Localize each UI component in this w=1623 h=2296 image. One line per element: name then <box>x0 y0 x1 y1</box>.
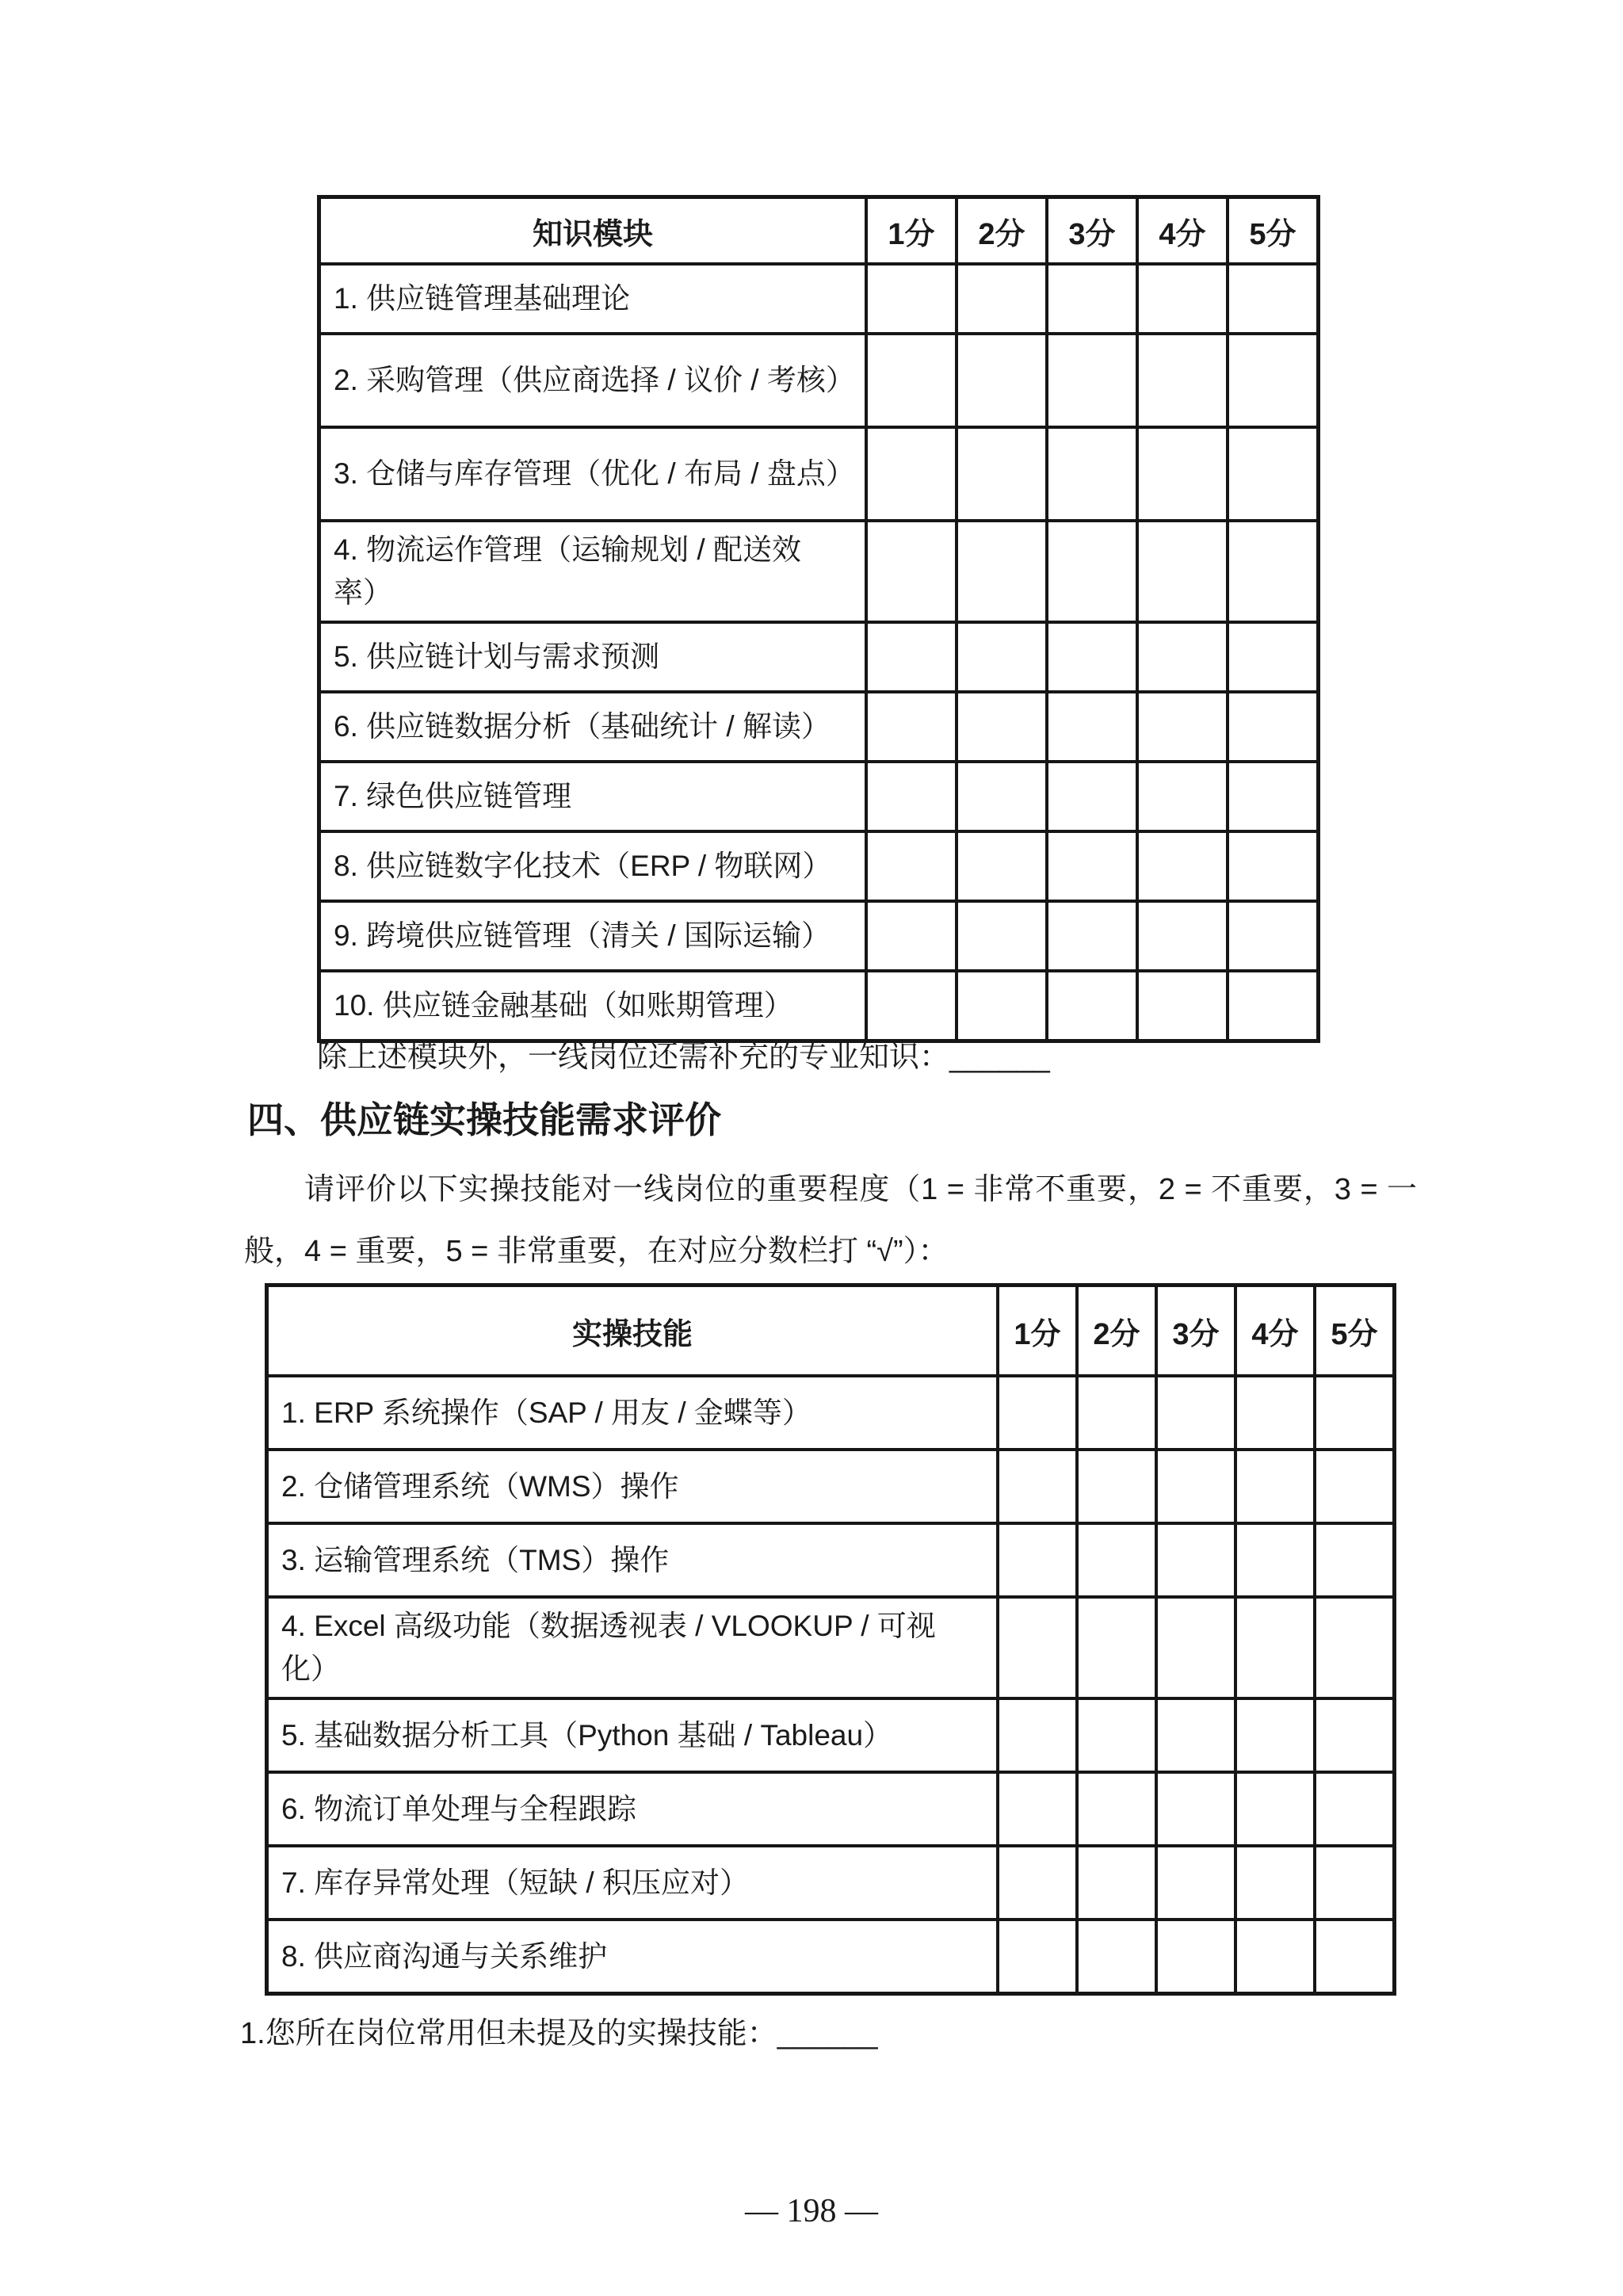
skills-open-question: 1.您所在岗位常用但未提及的实操技能：______ <box>240 2011 878 2056</box>
score-cell <box>866 521 957 622</box>
score-cell <box>1315 1597 1394 1698</box>
column-header-score-2: 2分 <box>1077 1286 1156 1376</box>
column-header-practical-skill: 实操技能 <box>267 1286 998 1376</box>
column-header-score-4: 4分 <box>1235 1286 1315 1376</box>
score-cell <box>1137 521 1228 622</box>
table-row: 9. 跨境供应链管理（清关 / 国际运输） <box>319 901 1318 971</box>
score-cell <box>1228 971 1318 1041</box>
row-label: 7. 绿色供应链管理 <box>319 762 866 831</box>
table-row: 8. 供应链数字化技术（ERP / 物联网） <box>319 831 1318 901</box>
score-cell <box>1047 831 1137 901</box>
score-cell <box>1235 1597 1315 1698</box>
score-cell <box>1235 1772 1315 1846</box>
knowledge-supplement-note: 除上述模块外，一线岗位还需补充的专业知识：______ <box>317 1035 1050 1079</box>
row-label: 5. 供应链计划与需求预测 <box>319 622 866 692</box>
score-cell <box>1047 334 1137 427</box>
score-cell <box>1315 1920 1394 1993</box>
score-cell <box>957 762 1047 831</box>
score-cell <box>957 901 1047 971</box>
score-cell <box>1228 264 1318 334</box>
score-cell <box>957 622 1047 692</box>
score-cell <box>957 831 1047 901</box>
column-header-score-5: 5分 <box>1315 1286 1394 1376</box>
score-cell <box>957 334 1047 427</box>
table-row: 1. ERP 系统操作（SAP / 用友 / 金蝶等） <box>267 1376 1394 1450</box>
score-cell <box>1047 622 1137 692</box>
score-cell <box>1047 901 1137 971</box>
score-cell <box>866 427 957 521</box>
score-cell <box>866 334 957 427</box>
score-cell <box>1315 1523 1394 1597</box>
table-row: 4. 物流运作管理（运输规划 / 配送效率） <box>319 521 1318 622</box>
score-cell <box>1228 692 1318 762</box>
row-label: 8. 供应链数字化技术（ERP / 物联网） <box>319 831 866 901</box>
score-cell <box>1315 1376 1394 1450</box>
score-cell <box>866 831 957 901</box>
row-label: 7. 库存异常处理（短缺 / 积压应对） <box>267 1846 998 1920</box>
score-cell <box>1137 762 1228 831</box>
score-cell <box>1228 762 1318 831</box>
table-row: 6. 供应链数据分析（基础统计 / 解读） <box>319 692 1318 762</box>
score-cell <box>1137 901 1228 971</box>
score-cell <box>1047 427 1137 521</box>
score-cell <box>866 264 957 334</box>
score-cell <box>1047 971 1137 1041</box>
column-header-score-3: 3分 <box>1156 1286 1235 1376</box>
score-cell <box>1137 427 1228 521</box>
score-cell <box>866 762 957 831</box>
score-cell <box>957 971 1047 1041</box>
score-cell <box>1156 1450 1235 1523</box>
score-cell <box>1156 1597 1235 1698</box>
score-cell <box>1235 1376 1315 1450</box>
score-cell <box>998 1920 1077 1993</box>
row-label: 2. 采购管理（供应商选择 / 议价 / 考核） <box>319 334 866 427</box>
row-label: 1. 供应链管理基础理论 <box>319 264 866 334</box>
score-cell <box>957 692 1047 762</box>
score-cell <box>1315 1846 1394 1920</box>
score-cell <box>998 1376 1077 1450</box>
score-cell <box>1315 1772 1394 1846</box>
score-cell <box>1156 1376 1235 1450</box>
score-cell <box>1156 1772 1235 1846</box>
score-cell <box>957 264 1047 334</box>
score-cell <box>1235 1698 1315 1772</box>
column-header-knowledge-module: 知识模块 <box>319 197 866 264</box>
score-cell <box>1077 1450 1156 1523</box>
score-cell <box>998 1597 1077 1698</box>
score-cell <box>1137 831 1228 901</box>
table-row: 3. 运输管理系统（TMS）操作 <box>267 1523 1394 1597</box>
score-cell <box>1228 521 1318 622</box>
score-cell <box>1156 1523 1235 1597</box>
table-row: 5. 基础数据分析工具（Python 基础 / Tableau） <box>267 1698 1394 1772</box>
table-row: 10. 供应链金融基础（如账期管理） <box>319 971 1318 1041</box>
row-label: 5. 基础数据分析工具（Python 基础 / Tableau） <box>267 1698 998 1772</box>
score-cell <box>1077 1772 1156 1846</box>
practical-skills-table: 实操技能 1分 2分 3分 4分 5分 1. ERP 系统操作（SAP / 用友… <box>265 1283 1396 1996</box>
score-cell <box>1077 1920 1156 1993</box>
score-cell <box>1228 901 1318 971</box>
row-label: 4. Excel 高级功能（数据透视表 / VLOOKUP / 可视化） <box>267 1597 998 1698</box>
table-row: 6. 物流订单处理与全程跟踪 <box>267 1772 1394 1846</box>
score-cell <box>957 427 1047 521</box>
table-header-row: 知识模块 1分 2分 3分 4分 5分 <box>319 197 1318 264</box>
score-cell <box>1235 1846 1315 1920</box>
score-cell <box>1077 1846 1156 1920</box>
score-cell <box>1228 334 1318 427</box>
row-label: 4. 物流运作管理（运输规划 / 配送效率） <box>319 521 866 622</box>
table-row: 7. 绿色供应链管理 <box>319 762 1318 831</box>
score-cell <box>998 1698 1077 1772</box>
score-cell <box>1228 622 1318 692</box>
table-row: 2. 采购管理（供应商选择 / 议价 / 考核） <box>319 334 1318 427</box>
score-cell <box>1228 427 1318 521</box>
row-label: 2. 仓储管理系统（WMS）操作 <box>267 1450 998 1523</box>
column-header-score-1: 1分 <box>998 1286 1077 1376</box>
row-label: 8. 供应商沟通与关系维护 <box>267 1920 998 1993</box>
score-cell <box>998 1846 1077 1920</box>
table-row: 2. 仓储管理系统（WMS）操作 <box>267 1450 1394 1523</box>
score-cell <box>866 901 957 971</box>
table-header-row: 实操技能 1分 2分 3分 4分 5分 <box>267 1286 1394 1376</box>
score-cell <box>1047 521 1137 622</box>
score-cell <box>866 622 957 692</box>
score-cell <box>1156 1920 1235 1993</box>
table-row: 8. 供应商沟通与关系维护 <box>267 1920 1394 1993</box>
score-cell <box>1077 1376 1156 1450</box>
row-label: 6. 物流订单处理与全程跟踪 <box>267 1772 998 1846</box>
knowledge-modules-table: 知识模块 1分 2分 3分 4分 5分 1. 供应链管理基础理论 2. 采购管理… <box>317 195 1320 1043</box>
section-intro-paragraph: 请评价以下实操技能对一线岗位的重要程度（1 = 非常不重要，2 = 不重要，3 … <box>244 1159 1417 1282</box>
score-cell <box>998 1523 1077 1597</box>
section-heading: 四、供应链实操技能需求评价 <box>247 1095 721 1145</box>
table-row: 4. Excel 高级功能（数据透视表 / VLOOKUP / 可视化） <box>267 1597 1394 1698</box>
score-cell <box>998 1772 1077 1846</box>
score-cell <box>1315 1450 1394 1523</box>
score-cell <box>1077 1597 1156 1698</box>
score-cell <box>1137 971 1228 1041</box>
column-header-score-5: 5分 <box>1228 197 1318 264</box>
score-cell <box>1047 264 1137 334</box>
table-row: 3. 仓储与库存管理（优化 / 布局 / 盘点） <box>319 427 1318 521</box>
score-cell <box>1137 692 1228 762</box>
score-cell <box>1228 831 1318 901</box>
score-cell <box>1137 264 1228 334</box>
table-row: 5. 供应链计划与需求预测 <box>319 622 1318 692</box>
score-cell <box>1235 1920 1315 1993</box>
score-cell <box>1137 622 1228 692</box>
row-label: 3. 仓储与库存管理（优化 / 布局 / 盘点） <box>319 427 866 521</box>
row-label: 1. ERP 系统操作（SAP / 用友 / 金蝶等） <box>267 1376 998 1450</box>
row-label: 10. 供应链金融基础（如账期管理） <box>319 971 866 1041</box>
column-header-score-2: 2分 <box>957 197 1047 264</box>
score-cell <box>1156 1698 1235 1772</box>
score-cell <box>1047 692 1137 762</box>
score-cell <box>866 971 957 1041</box>
score-cell <box>998 1450 1077 1523</box>
score-cell <box>1077 1523 1156 1597</box>
page-number: — 198 — <box>0 2192 1623 2230</box>
score-cell <box>1137 334 1228 427</box>
score-cell <box>1235 1523 1315 1597</box>
score-cell <box>1077 1698 1156 1772</box>
score-cell <box>1047 762 1137 831</box>
score-cell <box>957 521 1047 622</box>
column-header-score-4: 4分 <box>1137 197 1228 264</box>
score-cell <box>1315 1698 1394 1772</box>
row-label: 6. 供应链数据分析（基础统计 / 解读） <box>319 692 866 762</box>
column-header-score-3: 3分 <box>1047 197 1137 264</box>
row-label: 9. 跨境供应链管理（清关 / 国际运输） <box>319 901 866 971</box>
table-row: 1. 供应链管理基础理论 <box>319 264 1318 334</box>
row-label: 3. 运输管理系统（TMS）操作 <box>267 1523 998 1597</box>
table-row: 7. 库存异常处理（短缺 / 积压应对） <box>267 1846 1394 1920</box>
score-cell <box>1156 1846 1235 1920</box>
score-cell <box>866 692 957 762</box>
column-header-score-1: 1分 <box>866 197 957 264</box>
score-cell <box>1235 1450 1315 1523</box>
document-page: { "document": { "knowledge_table": { "ti… <box>0 0 1623 2296</box>
